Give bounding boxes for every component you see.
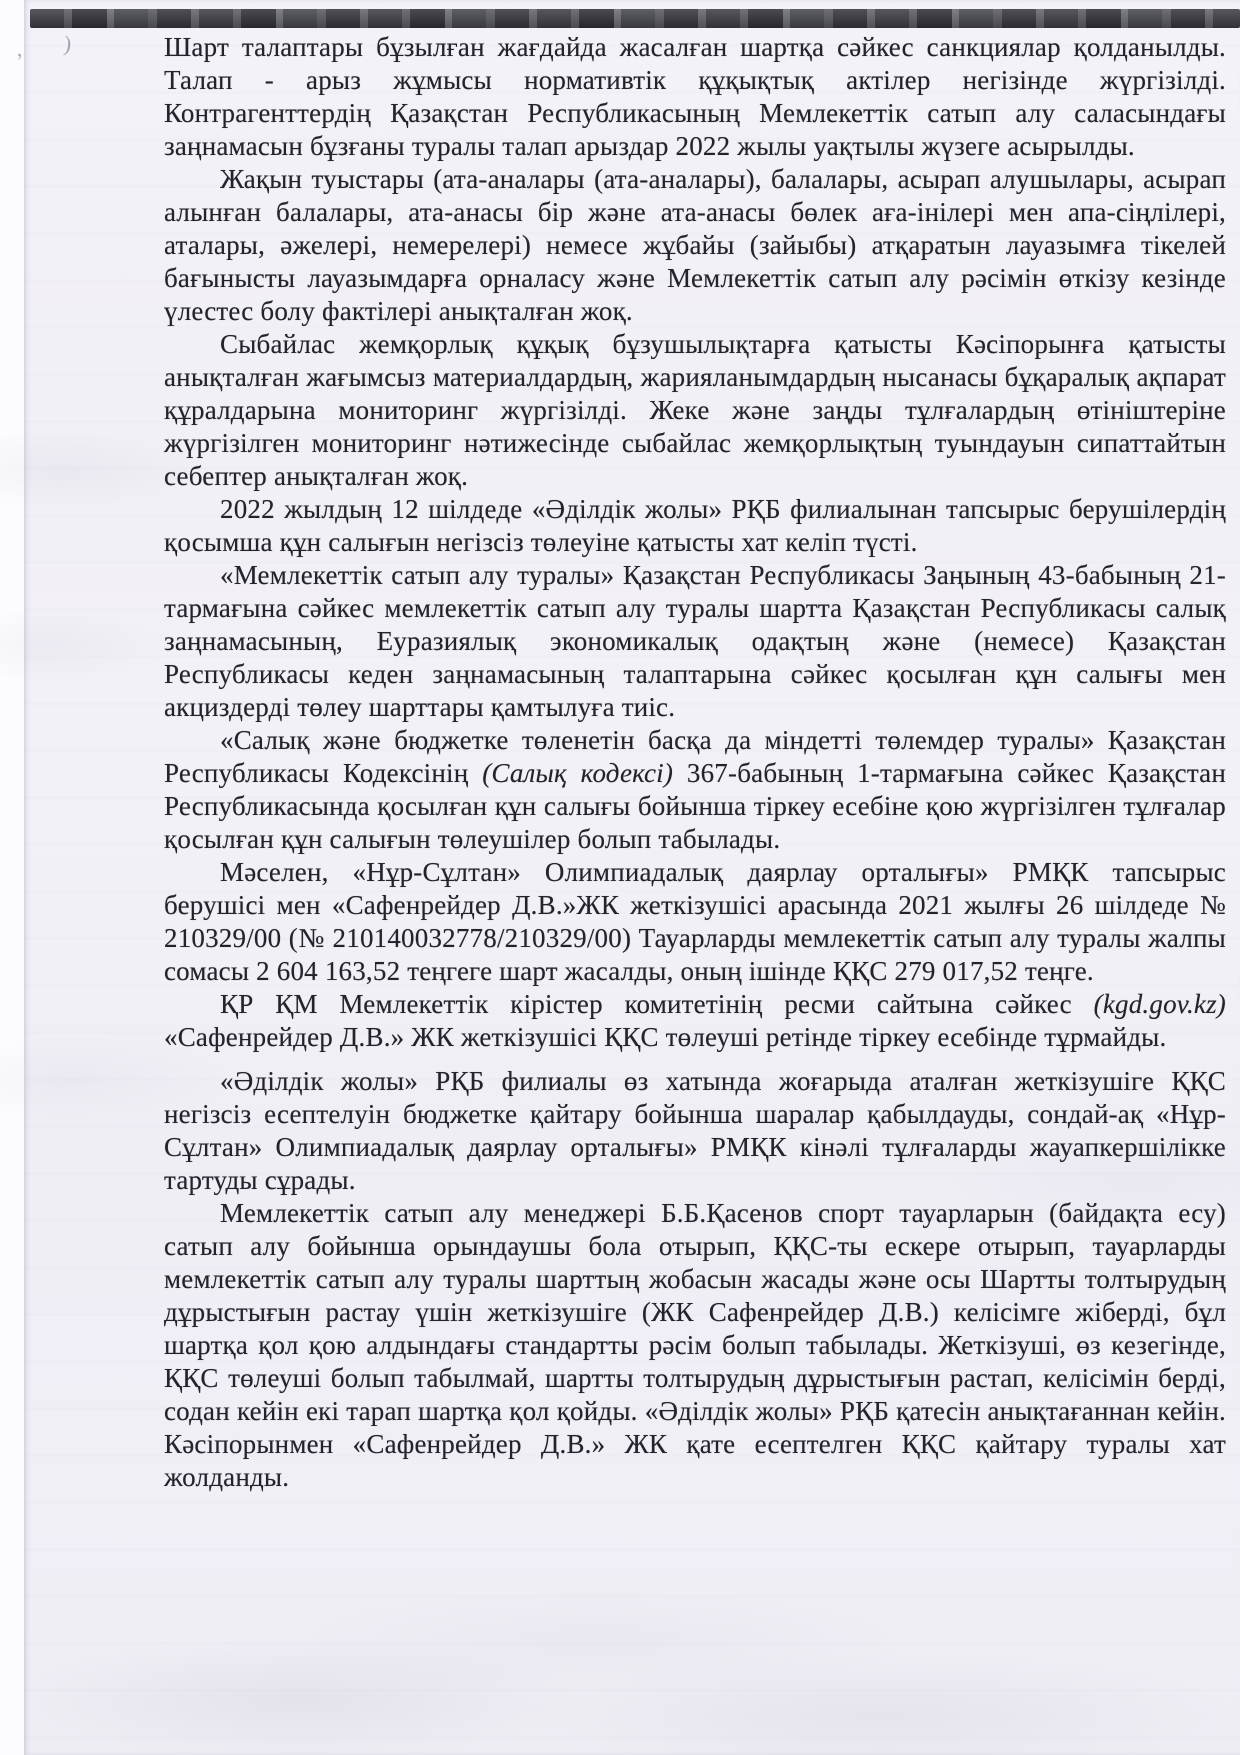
document-text: Шарт талаптары бұзылған жағдайда жасалға… bbox=[164, 31, 1226, 1494]
scanned-page: , ) Шарт талаптары бұзылған жағдайда жас… bbox=[0, 0, 1240, 1755]
paragraph-6: «Салық және бюджетке төленетін басқа да … bbox=[164, 724, 1226, 856]
paragraph-10: Мемлекеттік сатып алу менеджері Б.Б.Қасе… bbox=[164, 1197, 1226, 1494]
paragraph-9: «Әділдік жолы» РҚБ филиалы өз хатында жо… bbox=[164, 1065, 1226, 1197]
text-segment: Жақын туыстары (ата-аналары (ата-аналары… bbox=[164, 164, 1226, 326]
paragraph-3: Сыбайлас жемқорлық құқық бұзушылықтарға … bbox=[164, 328, 1226, 493]
text-segment: Мемлекеттік сатып алу менеджері Б.Б.Қасе… bbox=[164, 1198, 1226, 1492]
paragraph-4: 2022 жылдың 12 шілдеде «Әділдік жолы» РҚ… bbox=[164, 493, 1226, 559]
text-segment: Сыбайлас жемқорлық құқық бұзушылықтарға … bbox=[164, 329, 1226, 491]
text-segment: «Мемлекеттік сатып алу туралы» Қазақстан… bbox=[164, 560, 1226, 722]
margin-stray-mark: , bbox=[14, 38, 23, 61]
text-segment: «Әділдік жолы» РҚБ филиалы өз хатында жо… bbox=[164, 1066, 1226, 1195]
text-segment: 2022 жылдың 12 шілдеде «Әділдік жолы» РҚ… bbox=[164, 494, 1226, 557]
text-segment: ҚР ҚМ Мемлекеттік кірістер комитетінің р… bbox=[220, 989, 1094, 1019]
paragraph-8: ҚР ҚМ Мемлекеттік кірістер комитетінің р… bbox=[164, 988, 1226, 1054]
text-segment: Мәселен, «Нұр-Сұлтан» Олимпиадалық даярл… bbox=[164, 857, 1226, 986]
italic-text-segment: (kgd.gov.kz) bbox=[1094, 989, 1226, 1019]
paragraph-1: Шарт талаптары бұзылған жағдайда жасалға… bbox=[164, 31, 1226, 163]
text-segment: Шарт талаптары бұзылған жағдайда жасалға… bbox=[164, 32, 1226, 161]
text-segment: «Сафенрейдер Д.В.» ЖК жеткізушісі ҚҚС тө… bbox=[164, 1022, 1166, 1052]
paragraph-7: Мәселен, «Нұр-Сұлтан» Олимпиадалық даярл… bbox=[164, 856, 1226, 988]
scanner-artifact-band bbox=[30, 9, 1240, 28]
paragraph-2: Жақын туыстары (ата-аналары (ата-аналары… bbox=[164, 163, 1226, 328]
italic-text-segment: (Салық кодексі) bbox=[482, 758, 673, 788]
paragraph-5: «Мемлекеттік сатып алу туралы» Қазақстан… bbox=[164, 559, 1226, 724]
